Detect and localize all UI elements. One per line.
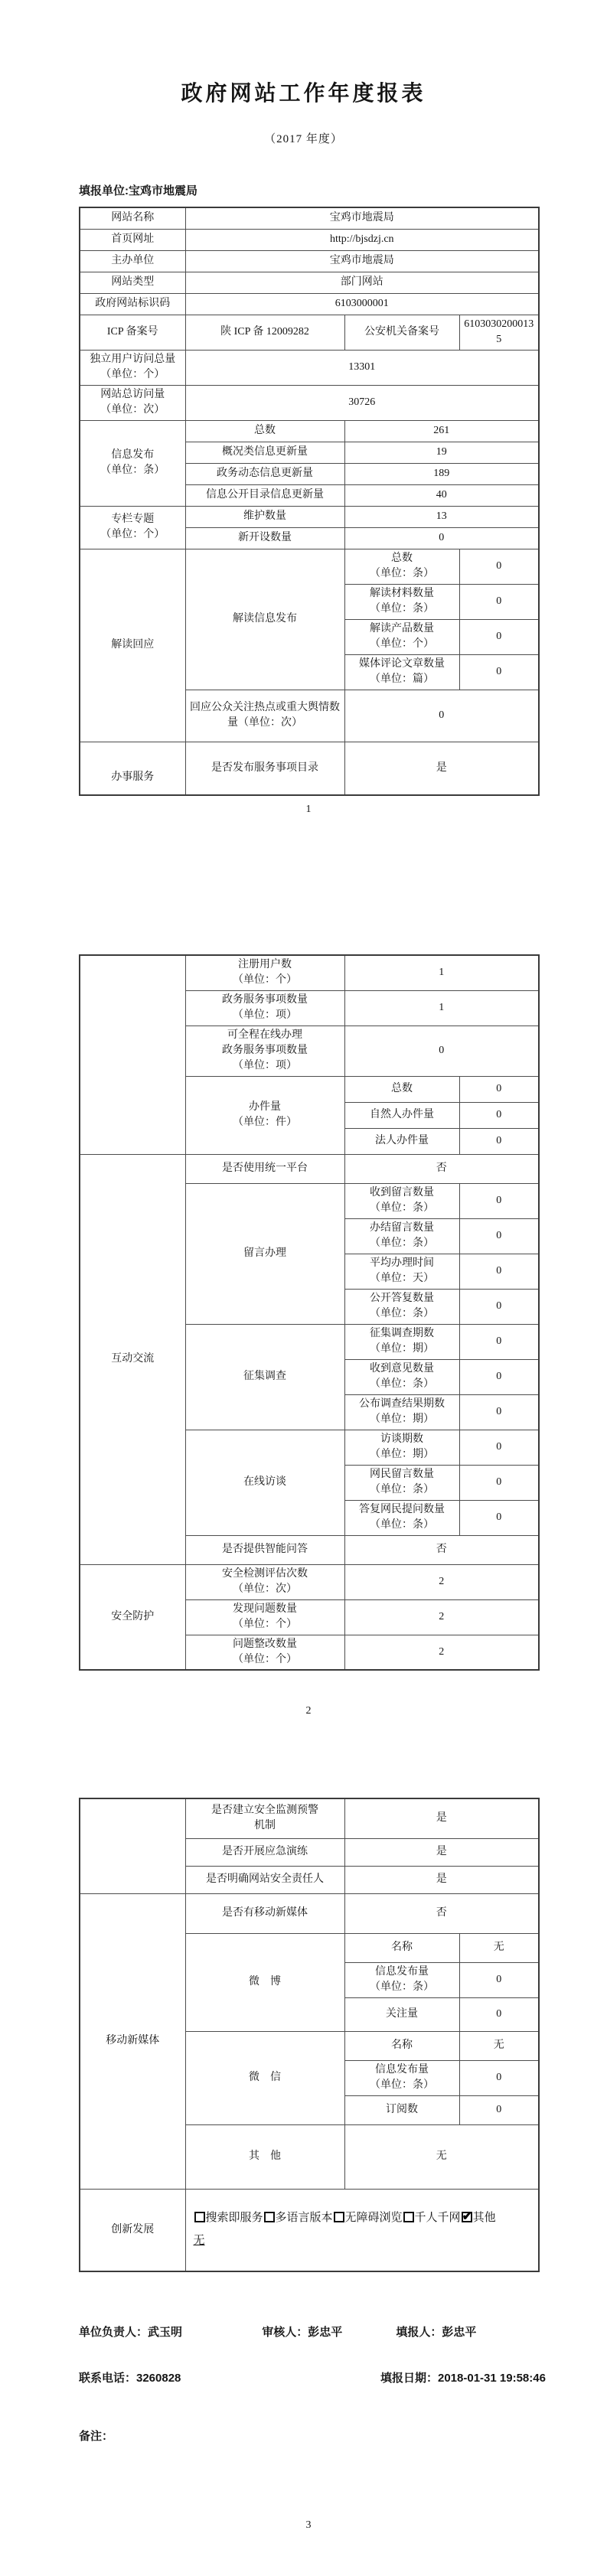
value-cell: 是 (344, 742, 539, 795)
checkbox-label: 搜索即服务 (206, 2212, 263, 2224)
value-cell: 否 (344, 1893, 539, 1933)
group-cell-mobile-media: 移动新媒体 (80, 1893, 185, 2189)
group-cell-interaction: 互动交流 (80, 1154, 185, 1564)
report-table-page2: 注册用户数 （单位：个） 1 政务服务事项数量 （单位：项） 1 可全程在线办理… (79, 954, 540, 1671)
value-cell-icp-number: 陕 ICP 备 12009282 (185, 315, 344, 350)
group-cell-service: 办事服务 (80, 742, 185, 795)
sub-label-cell: 法人办件量 (344, 1128, 459, 1154)
contact-line: 联系电话：3260828 填报日期：2018-01-31 19:58:46 (79, 2369, 553, 2385)
sub-label-cell: 解读产品数量 （单位：个） (344, 619, 459, 654)
group-text: 信息发布 (111, 449, 154, 461)
group-text: 办件量 (249, 1101, 281, 1113)
unit-text: （单位：次） (190, 1582, 341, 1597)
value-cell: 261 (344, 420, 539, 442)
label-cell: 可全程在线办理 政务服务事项数量 （单位：项） (185, 1026, 344, 1076)
table-row: 移动新媒体 是否有移动新媒体 否 (80, 1893, 539, 1933)
value-cell: 0 (459, 1500, 539, 1535)
value-cell: 1 (344, 955, 539, 990)
table-row: 办事服务 是否发布服务事项目录 是 (80, 742, 539, 795)
table-row: 安全防护 安全检测评估次数 （单位：次） 2 (80, 1564, 539, 1599)
label-text: 公开答复数量 (370, 1293, 434, 1304)
value-cell: 0 (459, 1997, 539, 2031)
value-cell: 宝鸡市地震局 (185, 207, 539, 229)
unit-text: （单位：条） (349, 1980, 455, 1995)
label-cell: 网站类型 (80, 272, 185, 293)
unit-text: （单位：条） (349, 1377, 455, 1392)
label-text: 媒体评论文章数量 (359, 658, 445, 670)
page-number-2: 2 (79, 1705, 538, 1717)
unit-text: （单位：次） (84, 403, 181, 418)
label-text: 政务服务事项数量 (222, 994, 308, 1006)
value-cell: 否 (344, 1154, 539, 1183)
label-cell: 是否发布服务事项目录 (185, 742, 344, 795)
sub-label-cell: 办结留言数量 （单位：条） (344, 1218, 459, 1254)
label-text: 网民留言数量 (370, 1469, 434, 1480)
group-cell-empty (80, 955, 185, 1154)
group-cell-special-columns: 专栏专题 （单位：个） (80, 506, 185, 549)
value-cell: 0 (459, 1289, 539, 1324)
label-cell: 首页网址 (80, 229, 185, 250)
label-cell: 公安机关备案号 (344, 315, 459, 350)
label-text: 信息发布量 (375, 2064, 429, 2075)
unit-text: （单位：条） (84, 463, 181, 478)
table-row: 信息发布 （单位：条） 总数 261 (80, 420, 539, 442)
label-cell: 安全检测评估次数 （单位：次） (185, 1564, 344, 1599)
sub-label-cell: 访谈期数 （单位：期） (344, 1430, 459, 1465)
label-text: 征集调查期数 (370, 1328, 434, 1339)
value-cell: 2 (344, 1635, 539, 1670)
label-text: 发现问题数量 (233, 1603, 297, 1615)
label-cell: 独立用户访问总量 （单位：个） (80, 350, 185, 385)
label-cell: 是否开展应急演练 (185, 1838, 344, 1866)
sub-group-cell-weibo: 微 博 (185, 1933, 344, 2031)
checkbox-icon (194, 2212, 205, 2222)
label-text: 收到留言数量 (370, 1187, 434, 1198)
label-text: 公布调查结果期数 (359, 1398, 445, 1410)
unit-head-name: 单位负责人：武玉明 (79, 2326, 182, 2339)
value-cell: 无 (459, 1933, 539, 1962)
unit-text: （单位：期） (349, 1447, 455, 1462)
label-text: 安全检测评估次数 (222, 1568, 308, 1580)
sub-group-cell-interpret-publish: 解读信息发布 (185, 549, 344, 690)
table-row: 主办单位 宝鸡市地震局 (80, 250, 539, 272)
label-cell: 主办单位 (80, 250, 185, 272)
table-row: 解读回应 解读信息发布 总数 （单位：条） 0 (80, 549, 539, 584)
value-cell-homepage-url: http://bjsdzj.cn (185, 229, 539, 250)
value-cell: 189 (344, 463, 539, 484)
label-cell: 网站总访问量 （单位：次） (80, 385, 185, 420)
label-cell: 是否有移动新媒体 (185, 1893, 344, 1933)
value-cell: 0 (459, 619, 539, 654)
sub-label-cell: 总数 (185, 420, 344, 442)
label-cell: 政务服务事项数量 （单位：项） (185, 990, 344, 1026)
unit-text: （单位：条） (349, 566, 455, 582)
value-cell: 1 (344, 990, 539, 1026)
sub-label-cell: 名称 (344, 2031, 459, 2060)
value-cell: 0 (459, 1076, 539, 1102)
value-cell: 6103000001 (185, 293, 539, 315)
table-row: 创新发展 搜索即服务多语言版本无障碍浏览千人千网其他 无 (80, 2189, 539, 2271)
innovation-option: 千人千网 (403, 2212, 461, 2224)
label-cell: 其 他 (185, 2124, 344, 2189)
page-title: 政府网站工作年度报表 (0, 77, 607, 107)
value-cell: 0 (459, 584, 539, 619)
value-cell: 19 (344, 442, 539, 463)
unit-text: （单位：个） (84, 527, 181, 543)
sub-label-cell: 总数 （单位：条） (344, 549, 459, 584)
label-cell: 是否提供智能问答 (185, 1535, 344, 1564)
unit-text: （单位：项） (190, 1058, 341, 1074)
label-text: 总数 (391, 553, 413, 564)
sub-label-cell: 总数 (344, 1076, 459, 1102)
value-cell: 0 (459, 1218, 539, 1254)
value-cell-police-number: 61030302000135 (459, 315, 539, 350)
value-cell: 0 (459, 1324, 539, 1359)
unit-text: （单位：个） (190, 973, 341, 988)
label-text: 收到意见数量 (370, 1363, 434, 1374)
report-year-subtitle: （2017 年度） (0, 130, 607, 146)
label-text: 问题整改数量 (233, 1639, 297, 1650)
report-date: 填报日期：2018-01-31 19:58:46 (380, 2369, 546, 2385)
table-row: 网站名称 宝鸡市地震局 (80, 207, 539, 229)
unit-text: （单位：期） (349, 1412, 455, 1427)
checkbox-label: 千人千网 (415, 2212, 461, 2224)
innovation-option: 多语言版本 (263, 2212, 333, 2224)
innovation-options-cell: 搜索即服务多语言版本无障碍浏览千人千网其他 无 (185, 2189, 539, 2271)
label-text: 办结留言数量 (370, 1222, 434, 1234)
sub-label-cell: 收到留言数量 （单位：条） (344, 1183, 459, 1218)
unit-text: （单位：条） (349, 2078, 455, 2093)
value-cell: 0 (459, 1465, 539, 1500)
unit-text: （单位：条） (349, 1236, 455, 1251)
sub-group-cell-online-interview: 在线访谈 (185, 1430, 344, 1535)
checkbox-label: 无障碍浏览 (345, 2212, 403, 2224)
value-cell: 13 (344, 506, 539, 527)
remark-label: 备注： (79, 2428, 113, 2444)
value-cell: 0 (459, 549, 539, 584)
filler-name: 填报人：彭忠平 (396, 2326, 476, 2339)
value-cell: 无 (459, 2031, 539, 2060)
table-row: 网站类型 部门网站 (80, 272, 539, 293)
sub-label-cell: 名称 (344, 1933, 459, 1962)
checkbox-icon (264, 2212, 275, 2222)
auditor-name: 审核人：彭忠平 (262, 2326, 342, 2339)
label-cell: 发现问题数量 （单位：个） (185, 1599, 344, 1635)
sub-label-cell: 征集调查期数 （单位：期） (344, 1324, 459, 1359)
sub-label-cell: 信息公开目录信息更新量 (185, 484, 344, 506)
sub-group-cell-message-handling: 留言办理 (185, 1183, 344, 1324)
value-cell: 13301 (185, 350, 539, 385)
group-cell-info-publish: 信息发布 （单位：条） (80, 420, 185, 506)
value-cell: 0 (459, 2095, 539, 2124)
sub-label-cell: 政务动态信息更新量 (185, 463, 344, 484)
group-cell-innovation: 创新发展 (80, 2189, 185, 2271)
value-cell: 是 (344, 1838, 539, 1866)
value-cell: 40 (344, 484, 539, 506)
sub-label-cell: 关注量 (344, 1997, 459, 2031)
sub-label-cell: 公布调查结果期数 （单位：期） (344, 1394, 459, 1430)
sub-label-cell: 网民留言数量 （单位：条） (344, 1465, 459, 1500)
label-cell: 是否明确网站安全责任人 (185, 1866, 344, 1893)
innovation-option: 无障碍浏览 (333, 2212, 403, 2224)
value-cell: 2 (344, 1564, 539, 1599)
label-text: 平均办理时间 (370, 1257, 434, 1269)
sub-group-cell-wechat: 微 信 (185, 2031, 344, 2124)
unit-text: （单位：个） (190, 1652, 341, 1668)
table-row: 互动交流 是否使用统一平台 否 (80, 1154, 539, 1183)
page-number-1: 1 (79, 804, 538, 816)
value-cell: 0 (344, 1026, 539, 1076)
label-text: 注册用户数 (238, 959, 292, 970)
table-row: 注册用户数 （单位：个） 1 (80, 955, 539, 990)
label-text: 机制 (190, 1818, 341, 1834)
sub-label-cell: 自然人办件量 (344, 1102, 459, 1128)
label-text: 答复网民提问数量 (359, 1504, 445, 1515)
label-text: 解读材料数量 (370, 588, 434, 599)
label-cell: ICP 备案号 (80, 315, 185, 350)
unit-text: （单位：篇） (349, 672, 455, 687)
label-cell: 注册用户数 （单位：个） (185, 955, 344, 990)
table-row-icp: ICP 备案号 陕 ICP 备 12009282 公安机关备案号 6103030… (80, 315, 539, 350)
value-cell: 是 (344, 1798, 539, 1838)
innovation-option: 其他 (461, 2212, 496, 2224)
group-cell-security: 安全防护 (80, 1564, 185, 1670)
unit-text: （单位：条） (349, 1201, 455, 1216)
sub-label-cell: 订阅数 (344, 2095, 459, 2124)
unit-text: （单位：项） (190, 1008, 341, 1023)
value-cell: 0 (459, 1254, 539, 1289)
value-cell: 0 (459, 1183, 539, 1218)
sub-label-cell: 信息发布量 （单位：条） (344, 2060, 459, 2095)
checkbox-icon (334, 2212, 344, 2222)
label-cell: 是否建立安全监测预警 机制 (185, 1798, 344, 1838)
checkbox-label: 多语言版本 (276, 2212, 333, 2224)
value-cell: 否 (344, 1535, 539, 1564)
unit-text: （单位：天） (349, 1271, 455, 1286)
sub-label-cell: 答复网民提问数量 （单位：条） (344, 1500, 459, 1535)
contact-phone: 联系电话：3260828 (79, 2372, 181, 2385)
sub-label-cell: 解读材料数量 （单位：条） (344, 584, 459, 619)
unit-text: （单位：期） (349, 1342, 455, 1357)
value-cell: 无 (344, 2124, 539, 2189)
label-text: 访谈期数 (380, 1433, 423, 1445)
unit-text: （单位：个） (349, 637, 455, 652)
table-row: 首页网址 http://bjsdzj.cn (80, 229, 539, 250)
table-row: 是否建立安全监测预警 机制 是 (80, 1798, 539, 1838)
label-cell: 政府网站标识码 (80, 293, 185, 315)
sub-label-cell: 公开答复数量 （单位：条） (344, 1289, 459, 1324)
table-row: 独立用户访问总量 （单位：个） 13301 (80, 350, 539, 385)
label-cell: 是否使用统一平台 (185, 1154, 344, 1183)
label-cell: 问题整改数量 （单位：个） (185, 1635, 344, 1670)
value-cell: 0 (459, 1359, 539, 1394)
checkbox-icon (462, 2212, 472, 2222)
unit-text: （单位：个） (190, 1617, 341, 1632)
value-cell: 0 (459, 654, 539, 690)
label-text: 政务服务事项数量 (190, 1043, 341, 1058)
label-text: 独立用户访问总量 (90, 354, 175, 365)
innovation-other-text: 无 (194, 2233, 205, 2250)
sub-group-cell-handled-volume: 办件量 （单位：件） (185, 1076, 344, 1154)
value-cell: 0 (459, 1430, 539, 1465)
table-row: 专栏专题 （单位：个） 维护数量 13 (80, 506, 539, 527)
innovation-option: 搜索即服务 (194, 2212, 263, 2224)
checkbox-icon (403, 2212, 414, 2222)
page-number-3: 3 (79, 2519, 538, 2532)
sub-label-cell: 新开设数量 (185, 527, 344, 549)
value-cell: 0 (344, 690, 539, 742)
sub-label-cell: 媒体评论文章数量 （单位：篇） (344, 654, 459, 690)
table-row: 政府网站标识码 6103000001 (80, 293, 539, 315)
report-table-page3: 是否建立安全监测预警 机制 是 是否开展应急演练 是 是否明确网站安全责任人 是… (79, 1798, 540, 2272)
table-row: 网站总访问量 （单位：次） 30726 (80, 385, 539, 420)
unit-text: （单位：件） (190, 1115, 341, 1130)
unit-text: （单位：条） (349, 1482, 455, 1498)
unit-text: （单位：条） (349, 1518, 455, 1533)
value-cell: 0 (459, 1394, 539, 1430)
label-text: 可全程在线办理 (227, 1029, 302, 1041)
value-cell: 30726 (185, 385, 539, 420)
label-cell: 网站名称 (80, 207, 185, 229)
group-cell-empty (80, 1798, 185, 1893)
value-cell: 0 (459, 1128, 539, 1154)
group-text: 专栏专题 (111, 514, 154, 525)
unit-text: （单位：个） (84, 367, 181, 383)
checkbox-label: 其他 (473, 2212, 496, 2224)
label-text: 网站总访问量 (100, 389, 165, 400)
value-cell: 0 (459, 1102, 539, 1128)
value-cell: 2 (344, 1599, 539, 1635)
sub-label-cell: 平均办理时间 （单位：天） (344, 1254, 459, 1289)
signature-line: 单位负责人：武玉明 审核人：彭忠平 填报人：彭忠平 (79, 2323, 553, 2340)
value-cell: 是 (344, 1866, 539, 1893)
value-cell: 宝鸡市地震局 (185, 250, 539, 272)
group-cell-interpret-response: 解读回应 (80, 549, 185, 742)
unit-text: （单位：条） (349, 602, 455, 617)
label-text: 是否建立安全监测预警 (211, 1805, 318, 1816)
value-cell: 0 (459, 1962, 539, 1997)
label-text: 信息发布量 (375, 1966, 429, 1978)
reporting-unit-label: 填报单位:宝鸡市地震局 (79, 182, 197, 198)
sub-label-cell: 信息发布量 （单位：条） (344, 1962, 459, 1997)
sub-label-cell: 概况类信息更新量 (185, 442, 344, 463)
sub-label-cell: 收到意见数量 （单位：条） (344, 1359, 459, 1394)
sub-group-cell-survey: 征集调查 (185, 1324, 344, 1430)
value-cell: 0 (344, 527, 539, 549)
value-cell: 0 (459, 2060, 539, 2095)
report-table-page1: 网站名称 宝鸡市地震局 首页网址 http://bjsdzj.cn 主办单位 宝… (79, 207, 540, 796)
sub-label-cell: 维护数量 (185, 506, 344, 527)
label-cell-hot-response: 回应公众关注热点或重大舆情数量（单位：次） (185, 690, 344, 742)
value-cell: 部门网站 (185, 272, 539, 293)
label-text: 解读产品数量 (370, 623, 434, 634)
unit-text: （单位：条） (349, 1306, 455, 1322)
